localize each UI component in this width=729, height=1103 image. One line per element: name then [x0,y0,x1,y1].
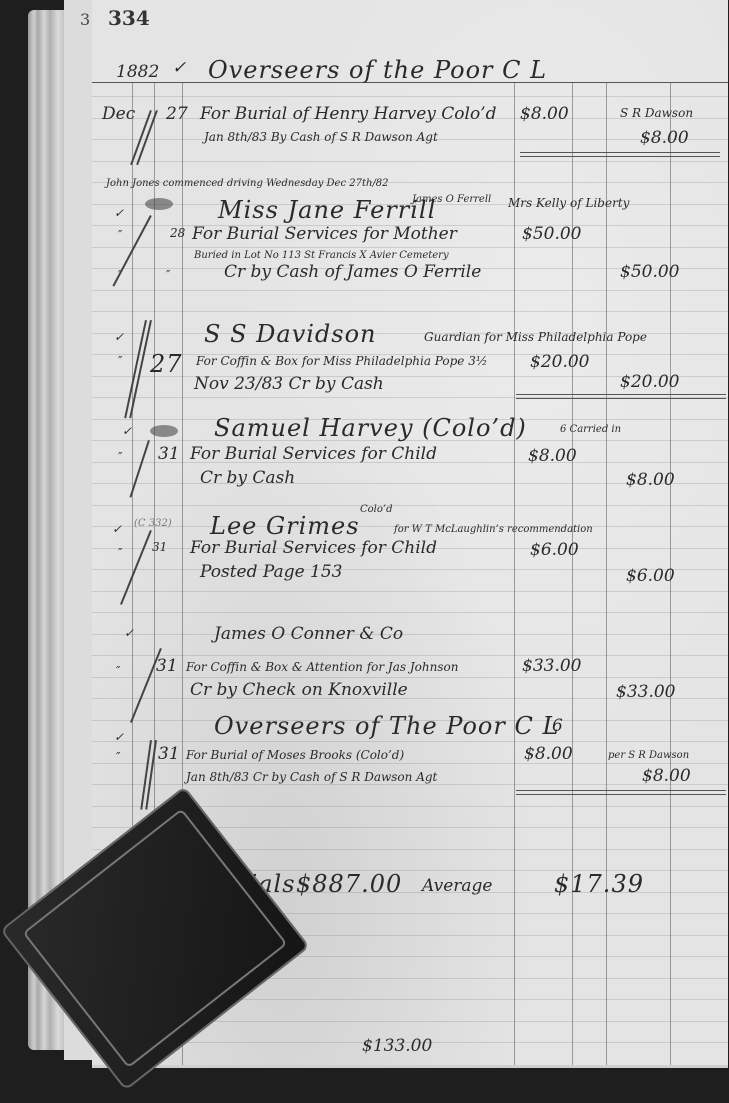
entry-debit: $8.00 [528,446,577,466]
entry-month: ″ [116,750,120,764]
entry-day: 31 [158,744,180,764]
entry-account-note: Guardian for Miss Philadelphia Pope [424,330,647,344]
entry-debit: $8.00 [524,744,573,764]
footer-total: $133.00 [362,1036,432,1056]
double-rule [516,394,726,395]
entry-line: Posted Page 153 [200,562,343,582]
summary-average: $17.39 [554,870,644,898]
entry-credit: $6.00 [626,566,675,586]
entry-day: 31 [152,540,167,554]
entry-pre-note: John Jones commenced driving Wednesday D… [106,178,389,189]
entry-line: Cr by Cash [200,468,295,488]
entry-account-note: 6 Carried in [560,424,621,435]
entry-line: Jan 8th/83 By Cash of S R Dawson Agt [204,130,438,144]
entry-note: S R Dawson [620,106,693,120]
ledger-year: 1882 [116,62,159,82]
ledger-line [92,741,728,742]
ledger-line [92,591,728,592]
entry-account-name: Overseers of The Poor C L [214,712,559,740]
ledger-line [92,634,728,635]
summary-total: $887.00 [296,870,402,898]
entry-debit: $50.00 [522,224,581,244]
ledger-line [92,247,728,248]
entry-account-name: S S Davidson [204,320,377,348]
entry-debit: $33.00 [522,656,581,676]
entry-check-mark: ✓ [114,330,124,344]
entry-credit: $50.00 [620,262,679,282]
entry-debit: $6.00 [530,540,579,560]
entry-line: For Burial Services for Child [190,538,437,558]
entry-check-mark: ✓ [112,522,122,536]
entry-check-mark: ✓ [122,424,132,438]
entry-line: For Coffin & Box for Miss Philadelphia P… [196,354,487,368]
entry-check-mark: ✓ [124,626,134,640]
entry-credit-day: ″ [166,268,170,282]
entry-check-mark: ✓ [114,206,124,220]
entry-day: 27 [150,350,183,378]
entry-credit: $8.00 [626,470,675,490]
entry-debit: $20.00 [530,352,589,372]
entry-line: For Coffin & Box & Attention for Jas Joh… [186,660,458,674]
entry-month: Dec [102,104,135,124]
entry-account-note: Mrs Kelly of Liberty [508,196,629,210]
entry-line: For Burial of Moses Brooks (Colo’d) [186,748,404,762]
entry-month: ″ [118,450,122,464]
ledger-line [92,655,728,656]
summary-average-label: Average [422,876,492,896]
column-rule-credit [606,82,607,1065]
ink-smudge [145,198,173,210]
entry-line: Jan 8th/83 Cr by Cash of S R Dawson Agt [186,770,437,784]
double-rule [520,156,720,157]
page-number: 334 [108,6,150,30]
header-account-title: Overseers of the Poor C L [208,56,547,84]
entry-month: ″ [118,546,122,560]
entry-line: For Burial of Henry Harvey Colo’d [200,104,496,124]
column-rule-debit [514,82,515,1065]
double-rule [520,152,720,153]
entry-line: For Burial Services for Child [190,444,437,464]
ledger-line [92,161,728,162]
entry-day: 31 [156,656,178,676]
ink-smudge [150,425,178,437]
ledger-line [92,677,728,678]
entry-check-mark: ✓ [114,730,124,744]
entry-account-note: for W T McLaughlin’s recommendation [394,524,593,535]
ledger-line [92,612,728,613]
entry-credit: $20.00 [620,372,679,392]
entry-account-name: Lee Grimes [210,512,360,540]
entry-day: 31 [158,444,180,464]
entry-line: Cr by Check on Knoxville [190,680,408,700]
entry-account-note: 6 [552,716,563,736]
ledger-line [92,311,728,312]
entry-account-name: Miss Jane Ferrill [218,196,436,224]
double-rule [516,794,726,795]
entry-day: 27 [166,104,188,124]
entry-credit: $8.00 [642,766,691,786]
ledger-line [92,290,728,291]
entry-month: ″ [118,354,122,368]
entry-month: ″ [116,664,120,678]
entry-account-superscript: Colo’d [360,504,392,515]
entry-note: per S R Dawson [608,750,689,761]
entry-debit: $8.00 [520,104,569,124]
entry-credit: $8.00 [640,128,689,148]
entry-month: ″ [118,228,122,242]
entry-account-name: James O Conner & Co [214,624,403,644]
double-rule [516,398,726,399]
ledger-line [92,784,728,785]
entry-account-name: Samuel Harvey (Colo’d) [214,414,527,442]
previous-page-number: 3 [80,10,90,29]
entry-line: Nov 23/83 Cr by Cash [194,374,384,394]
entry-margin-mark: (C 332) [134,518,172,529]
entry-line: For Burial Services for Mother [192,224,457,244]
entry-day: 28 [170,226,185,240]
ledger-line [92,763,728,764]
header-check-mark: ✓ [172,58,186,78]
entry-account-aside: James O Ferrell [412,194,491,205]
entry-line: Buried in Lot No 113 St Francis X Avier … [194,250,449,261]
entry-credit: $33.00 [616,682,675,702]
ledger-line [92,505,728,506]
double-rule [516,790,726,791]
ledger-line [92,96,728,97]
entry-line: Cr by Cash of James O Ferrile [224,262,481,282]
